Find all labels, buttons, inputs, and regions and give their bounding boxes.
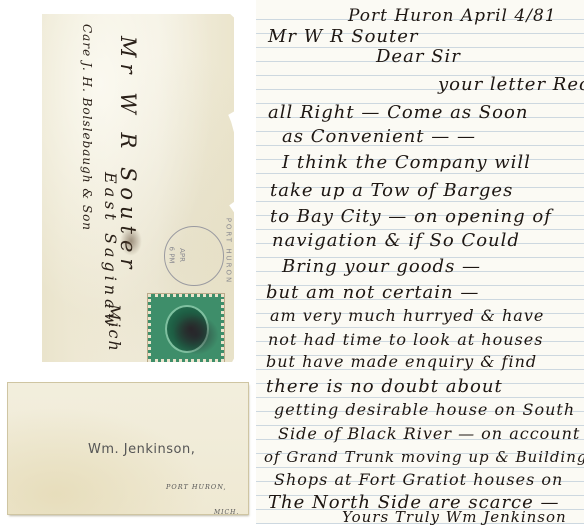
postmark-city: PORT HURON [224,218,232,285]
card-city: PORT HURON, [166,483,227,491]
letter-line: to Bay City — on opening of [270,206,552,227]
card-state: MICH. [214,509,239,516]
letter-line: but have made enquiry & find [266,352,537,371]
letter-line: Shops at Fort Gratiot houses on [274,470,563,489]
letter-line: not had time to look at houses [268,330,543,349]
ink-smudge [120,226,142,256]
letter-line: your letter Rec'd [438,74,584,95]
letter-line: there is no doubt about [266,376,503,397]
cancellation-mark [173,315,219,355]
letter-line: as Convenient — — [282,126,476,147]
letter-line: Bring your goods — [282,256,481,277]
letter-line: take up a Tow of Barges [270,180,513,201]
calling-card: Wm. Jenkinson, PORT HURON, MICH. [8,383,248,514]
letter-dateline: Port Huron April 4/81 [348,6,557,26]
card-name: Wm. Jenkinson, [88,442,195,457]
postmark-month: APR [178,248,186,262]
letter-signature: Yours Truly Wm Jenkinson [342,508,567,526]
postage-stamp [148,294,224,362]
postmark-time: 6 PM [167,247,175,264]
letter-line: I think the Company will [282,152,531,173]
envelope-address-line: Mich [105,304,124,353]
handwritten-letter: Port Huron April 4/81 Mr W R Souter Dear… [256,0,584,524]
letter-salutation: Dear Sir [376,46,461,67]
letter-line: all Right — Come as Soon [268,102,528,123]
envelope-address-line: Care J. H. Bolslebaugh & Son [80,24,94,231]
postmark: PORT HURON APR 6 PM [164,226,224,286]
letter-line: Side of Black River — on account [278,424,580,443]
letter-line: of Grand Trunk moving up & Building [264,448,584,466]
envelope: Care J. H. Bolslebaugh & Son Mr W R Sout… [42,14,234,362]
letter-salutation-name: Mr W R Souter [268,26,419,47]
letter-line: getting desirable house on South [274,400,575,419]
letter-line: but am not certain — [266,282,479,303]
letter-line: am very much hurryed & have [270,306,544,325]
letter-line: navigation & if So Could [272,230,520,251]
